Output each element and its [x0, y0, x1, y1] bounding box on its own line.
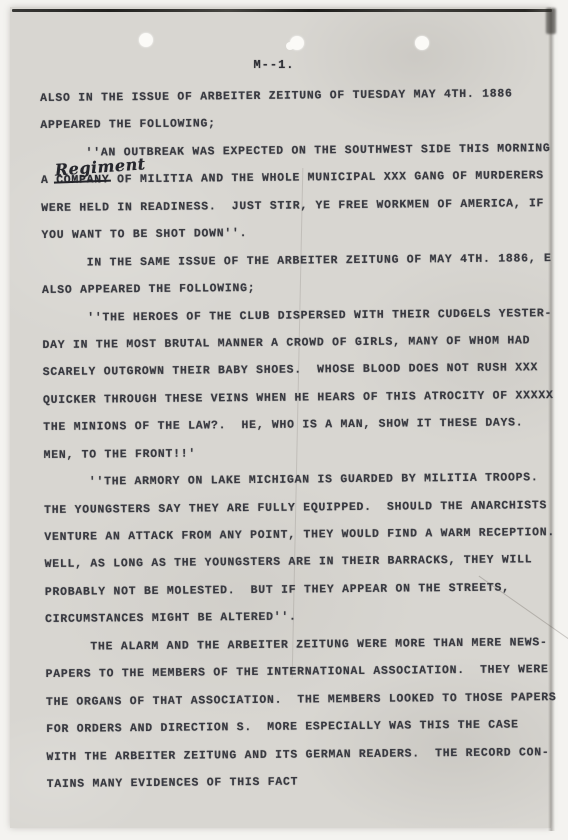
punch-hole — [139, 33, 153, 47]
typed-line: WITH THE ARBEITER ZEITUNG AND ITS GERMAN… — [46, 739, 546, 771]
typed-line: ''THE ARMORY ON LAKE MICHIGAN IS GUARDED… — [44, 464, 544, 496]
typed-line: WERE HELD IN READINESS. JUST STIR, YE FR… — [41, 190, 541, 222]
scan-right-edge-shadow — [548, 9, 555, 831]
typed-line-with-correction: A COMPANY OF MILITIA AND THE WHOLE MUNIC… — [41, 163, 541, 195]
typed-text-segment: OF MILITIA AND THE WHOLE MUNICIPAL XXX G… — [109, 169, 544, 186]
typed-line: IN THE SAME ISSUE OF THE ARBEITER ZEITUN… — [42, 245, 542, 277]
punch-hole — [415, 36, 429, 50]
scan-top-edge — [12, 9, 552, 12]
typed-line: FOR ORDERS AND DIRECTION S. MORE ESPECIA… — [46, 711, 546, 743]
typed-line: THE MINIONS OF THE LAW?. HE, WHO IS A MA… — [43, 409, 543, 441]
typed-line: TAINS MANY EVIDENCES OF THIS FACT — [47, 766, 547, 798]
page-number-label: M--1. — [0, 58, 548, 72]
typed-line: PAPERS TO THE MEMBERS OF THE INTERNATION… — [46, 656, 546, 688]
scanned-document-photo: M--1. ALSO IN THE ISSUE OF ARBEITER ZEIT… — [0, 0, 568, 840]
punch-hole — [290, 36, 304, 50]
typed-line: ALSO IN THE ISSUE OF ARBEITER ZEITUNG OF… — [40, 80, 540, 112]
scan-corner-blot — [546, 8, 556, 34]
typed-text-block: ALSO IN THE ISSUE OF ARBEITER ZEITUNG OF… — [40, 80, 547, 798]
typed-line: PROBABLY NOT BE MOLESTED. BUT IF THEY AP… — [45, 574, 545, 606]
